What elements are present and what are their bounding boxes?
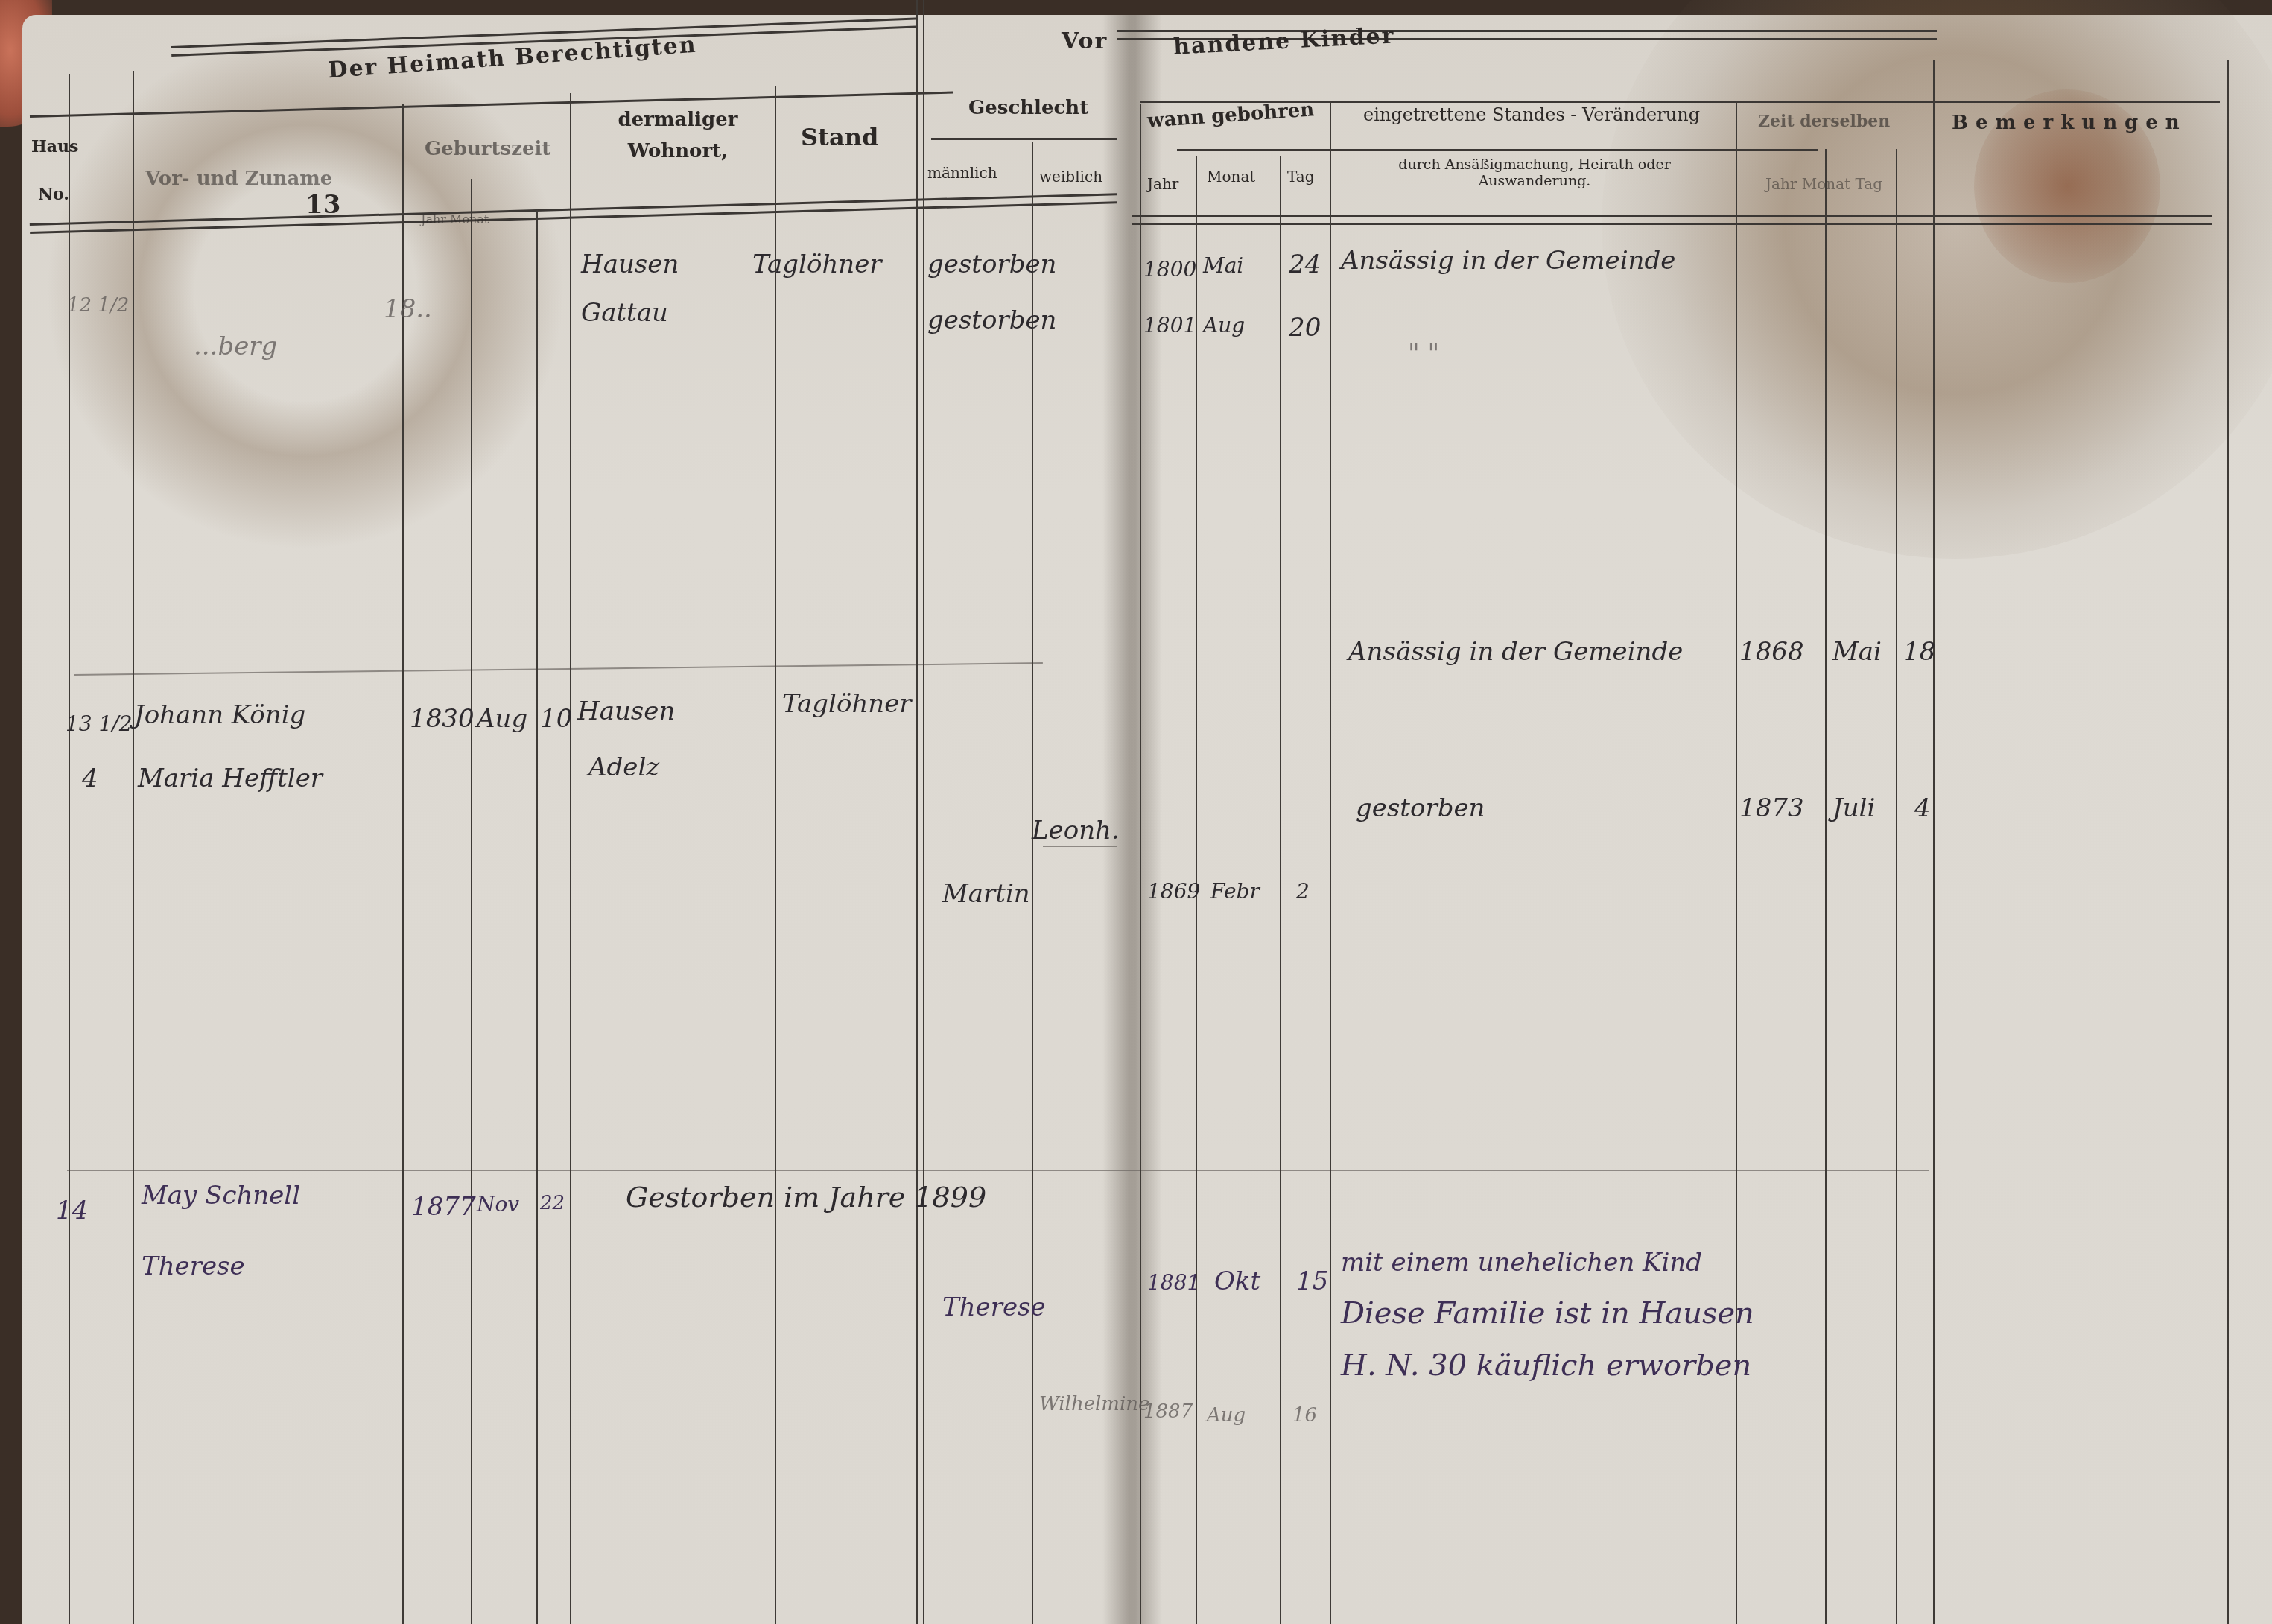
entry-geb-tag: 10 — [540, 704, 572, 734]
child-name: Martin — [942, 879, 1030, 909]
col-header-geburtszeit: Geburtszeit — [425, 138, 550, 160]
col-line — [402, 104, 404, 1624]
col-line — [133, 71, 134, 1624]
entry-bemerkung-line1: Diese Familie ist in Hausen — [1341, 1296, 1754, 1330]
entry-haus-nr: 13 1/2 — [66, 711, 133, 736]
entry-name-line2: Maria Hefftler — [138, 764, 323, 793]
entry-geb-jahr: 1877 — [411, 1192, 476, 1222]
col-line — [775, 86, 776, 1624]
child-tag: 20 — [1289, 313, 1321, 343]
child-tod-monat: Juli — [1832, 793, 1875, 823]
entry-veraenderung-monat: Mai — [1832, 637, 1882, 667]
entry-geb-monat: Nov — [477, 1192, 519, 1217]
child-name: gestorben — [927, 250, 1057, 279]
col-sub-jahr: Jahr — [1147, 175, 1178, 193]
col-line — [536, 209, 538, 1624]
col-header-stand: Stand — [801, 123, 878, 151]
child-name: Wilhelmine — [1039, 1393, 1149, 1415]
child-monat: Okt — [1214, 1266, 1260, 1296]
entry-geb-jahr: 18.. — [384, 294, 432, 324]
entry-veraenderung: Ansässig in der Gemeinde — [1348, 637, 1683, 667]
entry-stand: Taglöhner — [752, 250, 882, 279]
col-header-zeit: Zeit derselben — [1758, 112, 1890, 131]
child-jahr: 1881 — [1147, 1270, 1200, 1295]
child-tag: 2 — [1296, 879, 1310, 904]
entry-veraenderung-jahr: 1868 — [1739, 637, 1804, 667]
col-header-veraenderung: eingetrettene Standes - Veränderung — [1363, 104, 1700, 125]
center-title-part1: Vor — [1062, 28, 1108, 54]
col-line — [1032, 142, 1033, 1624]
child-tag: 16 — [1292, 1404, 1317, 1427]
col-sub-maennlich: männlich — [927, 164, 997, 182]
child-veraenderung: mit einem unehelichen Kind — [1341, 1248, 1702, 1278]
entry-wohnort-line2: Adelz — [588, 752, 659, 782]
col-line — [916, 0, 924, 1624]
child-monat: Mai — [1203, 253, 1243, 278]
entry-haus-nr: 14 — [56, 1196, 88, 1225]
row-separator — [1043, 846, 1117, 847]
col-line — [570, 93, 571, 1624]
col-sub-jahr-monat: Jahr Monat — [421, 212, 489, 226]
entry-wohnort-line1: Hausen — [577, 697, 675, 726]
col-line — [471, 179, 472, 1624]
child-veraenderung: Ansässig in der Gemeinde — [1341, 246, 1675, 276]
child-tag: 24 — [1289, 250, 1321, 279]
entry-haus-nr: 12 1/2 — [67, 294, 129, 317]
col-sub-monat: Monat — [1207, 168, 1255, 185]
child-jahr: 1869 — [1147, 879, 1200, 904]
header-rule — [1177, 149, 1818, 151]
entry-stand: Taglöhner — [782, 689, 912, 719]
child-tag: 15 — [1296, 1266, 1328, 1296]
col-sub-veraenderung: durch Ansäßigmachung, Heirath oder Auswa… — [1363, 156, 1706, 189]
child-jahr: 1801 — [1143, 313, 1196, 337]
col-sub-weiblich: weiblich — [1039, 168, 1102, 185]
entry-wohnort-line1: Hausen — [581, 250, 679, 279]
entry-geb-monat: Aug — [477, 704, 527, 734]
col-header-wohnort: dermaliger Wohnort, — [596, 104, 760, 167]
col-header-geschlecht: Geschlecht — [968, 97, 1088, 119]
child-name: Leonh. — [1032, 816, 1120, 846]
col-header-name: Vor- und Zuname — [145, 168, 332, 190]
child-monat: Febr — [1210, 879, 1260, 904]
child-monat: Aug — [1203, 313, 1245, 337]
child-veraenderung: " " — [1408, 339, 1439, 369]
col-line — [1330, 101, 1331, 1624]
col-header-page-ref: 13 — [305, 190, 340, 220]
col-line — [1896, 149, 1897, 1624]
entry-wohnort-line2: Gattau — [581, 298, 668, 328]
child-name: Therese — [942, 1292, 1046, 1322]
col-sub-tag: Tag — [1287, 168, 1315, 185]
col-line — [1933, 60, 1935, 1624]
entry-note: Gestorben im Jahre 1899 — [626, 1181, 986, 1214]
row-separator — [67, 1170, 1929, 1171]
child-jahr: 1887 — [1143, 1401, 1193, 1423]
child-veraenderung: gestorben — [1356, 793, 1485, 823]
col-line — [1825, 149, 1827, 1624]
entry-name-line1: May Schnell — [142, 1181, 300, 1211]
header-rule-bottom — [1132, 215, 2212, 225]
entry-geb-tag: 22 — [540, 1192, 565, 1214]
col-line — [2227, 60, 2229, 1624]
child-monat: Aug — [1207, 1404, 1246, 1427]
entry-name-line2: Therese — [142, 1252, 245, 1281]
entry-haus-mark: 4 — [82, 764, 98, 793]
child-tod-jahr: 1873 — [1739, 793, 1804, 823]
col-line — [1736, 101, 1737, 1624]
entry-name-line2: ...berg — [194, 332, 277, 361]
child-name: gestorben — [927, 305, 1057, 335]
entry-name-line1: Johann König — [134, 700, 305, 730]
col-line — [1280, 156, 1281, 1624]
entry-geb-jahr: 1830 — [410, 704, 475, 734]
entry-veraenderung-tag: 18 — [1903, 637, 1935, 667]
col-header-haus: Haus No. — [31, 123, 76, 218]
entry-bemerkung-line2: H. N. 30 käuflich erworben — [1341, 1348, 1751, 1383]
col-header-bemerkungen: Bemerkungen — [1952, 112, 2187, 134]
child-jahr: 1800 — [1143, 257, 1196, 282]
child-tod-tag: 4 — [1914, 793, 1931, 823]
header-rule — [931, 138, 1117, 140]
col-sub-zeit: Jahr Monat Tag — [1765, 175, 1882, 193]
